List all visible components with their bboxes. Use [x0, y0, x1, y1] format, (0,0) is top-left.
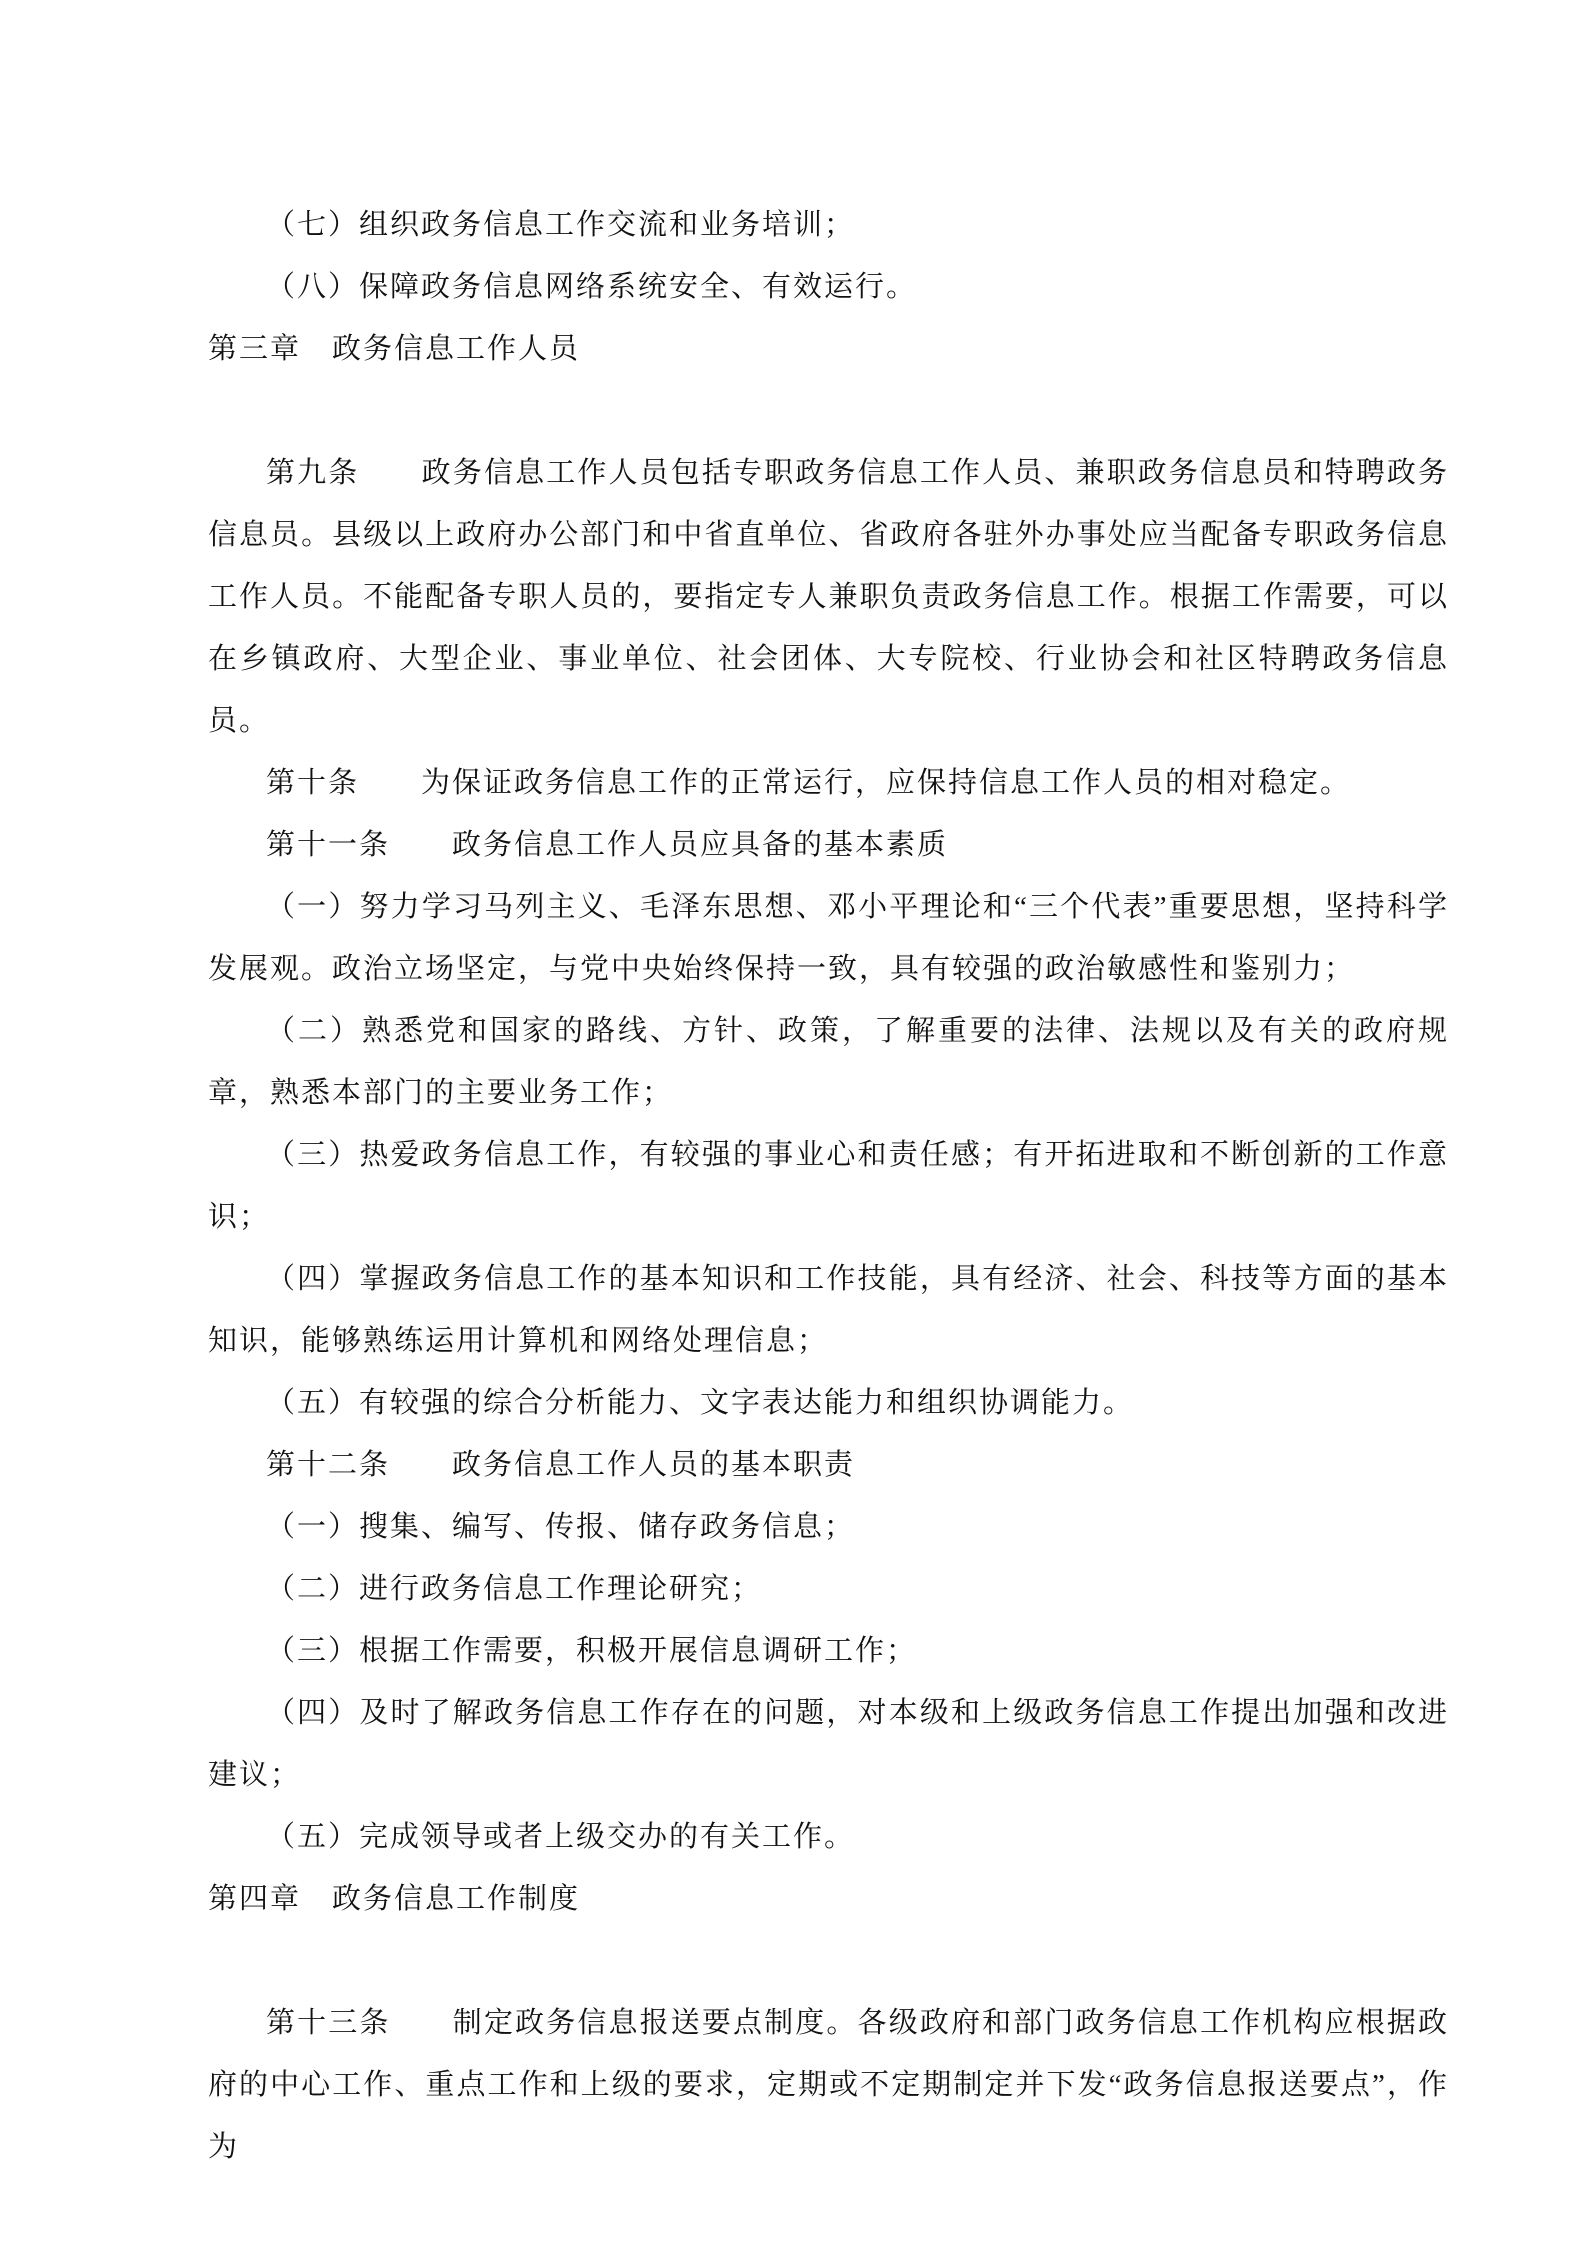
body-paragraph: （四）掌握政务信息工作的基本知识和工作技能，具有经济、社会、科技等方面的基本知识… — [208, 1248, 1449, 1372]
blank-line — [208, 380, 1449, 442]
body-paragraph: 第九条 政务信息工作人员包括专职政务信息工作人员、兼职政务信息员和特聘政务信息员… — [208, 442, 1449, 752]
chapter-heading: 第四章 政务信息工作制度 — [208, 1868, 1449, 1930]
body-paragraph: （五）完成领导或者上级交办的有关工作。 — [208, 1806, 1449, 1868]
body-paragraph: （三）热爱政务信息工作，有较强的事业心和责任感；有开拓进取和不断创新的工作意识； — [208, 1124, 1449, 1248]
body-paragraph: （八）保障政务信息网络系统安全、有效运行。 — [208, 256, 1449, 318]
document-page: （七）组织政务信息工作交流和业务培训；（八）保障政务信息网络系统安全、有效运行。… — [0, 0, 1587, 2245]
body-paragraph: （二）熟悉党和国家的路线、方针、政策，了解重要的法律、法规以及有关的政府规章，熟… — [208, 1000, 1449, 1124]
body-paragraph: （七）组织政务信息工作交流和业务培训； — [208, 194, 1449, 256]
body-paragraph: （五）有较强的综合分析能力、文字表达能力和组织协调能力。 — [208, 1372, 1449, 1434]
chapter-heading: 第三章 政务信息工作人员 — [208, 318, 1449, 380]
body-paragraph: 第十条 为保证政务信息工作的正常运行，应保持信息工作人员的相对稳定。 — [208, 752, 1449, 814]
body-paragraph: （四）及时了解政务信息工作存在的问题，对本级和上级政务信息工作提出加强和改进建议… — [208, 1682, 1449, 1806]
blank-line — [208, 1930, 1449, 1992]
body-paragraph: （二）进行政务信息工作理论研究； — [208, 1558, 1449, 1620]
body-paragraph: （三）根据工作需要，积极开展信息调研工作； — [208, 1620, 1449, 1682]
body-paragraph: （一）搜集、编写、传报、储存政务信息； — [208, 1496, 1449, 1558]
document-content: （七）组织政务信息工作交流和业务培训；（八）保障政务信息网络系统安全、有效运行。… — [208, 194, 1449, 2178]
body-paragraph: （一）努力学习马列主义、毛泽东思想、邓小平理论和“三个代表”重要思想，坚持科学发… — [208, 876, 1449, 1000]
body-paragraph: 第十一条 政务信息工作人员应具备的基本素质 — [208, 814, 1449, 876]
body-paragraph: 第十二条 政务信息工作人员的基本职责 — [208, 1434, 1449, 1496]
body-paragraph: 第十三条 制定政务信息报送要点制度。各级政府和部门政务信息工作机构应根据政府的中… — [208, 1992, 1449, 2178]
